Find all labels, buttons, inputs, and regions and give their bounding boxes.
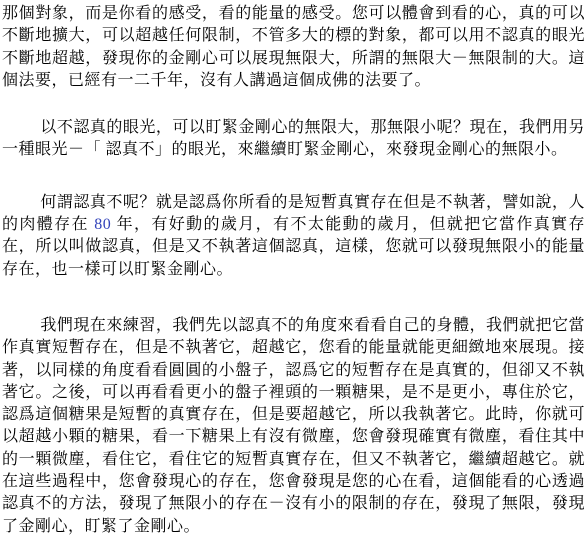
paragraph-2: 以不認真的眼光，可以盯緊金剛心的無限大，那無限小呢？現在，我們用另一種眼光－「 … [2, 117, 585, 162]
document-page: 那個對象，而是你看的感受，看的能量的感受。您可以體會到看的心，真的可以不斷地擴大… [0, 0, 587, 559]
paragraph-1: 那個對象，而是你看的感受，看的能量的感受。您可以體會到看的心，真的可以不斷地擴大… [2, 3, 585, 92]
highlighted-number: 80 [94, 216, 111, 233]
paragraph-4: 我們現在來練習，我們先以認真不的角度來看看自己的身體，我們就把它當作真實短暫存在… [2, 315, 585, 538]
paragraph-3: 何謂認真不呢？就是認爲你所看的是短暫真實存在但是不執著，譬如說，人的肉體存在 8… [2, 192, 585, 281]
